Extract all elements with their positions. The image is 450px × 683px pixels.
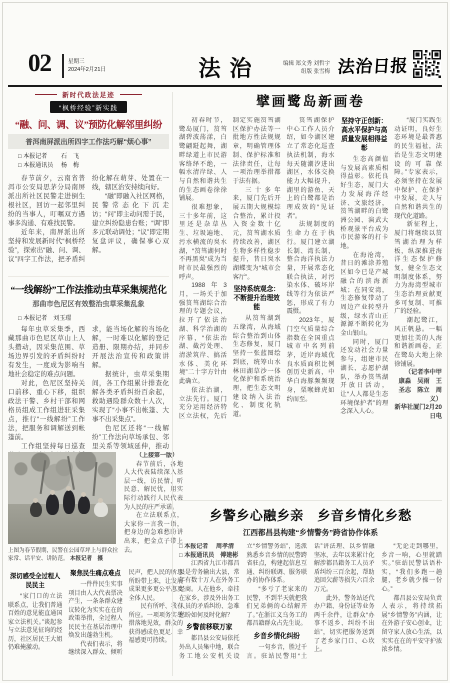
- paragraph: 同时，厦门还发动社会力量参与，组建市民湖长、志愿护湖队，举办筼筜湖开放日活动，让…: [340, 339, 388, 417]
- sub-headline: 深切感受全过程人民民主: [8, 572, 62, 590]
- article4-deck: 江西都昌县构建“乡情警务”跨省协作体系: [179, 527, 442, 538]
- page-number-divider: [62, 54, 64, 78]
- article1-byline-correspondent: □ 本报通讯员 杨 梅: [18, 162, 159, 171]
- paragraph: 江西省九江市都昌县是劳务输出大县，常年有数十万人在外务工经商。人在他乡，牵挂在家…: [179, 560, 240, 620]
- sub-headline: 坚持守正创新：高水平保护与高质量发展相得益彰: [340, 117, 388, 153]
- paragraph: 在立法联系点，大家你一言我一语，把身边的急难愁盼讲出来，把金点子带上去。: [124, 512, 183, 555]
- paragraph: 在海沧湾，昔日的滩涂养殖区如今已是产城融合的滨海新城；在同安湾，生态修复带动了周…: [340, 252, 388, 339]
- article2: “一线解纷”工作法推动虫草采集规范化 那曲市色尼区有效整治虫草采集乱象 □ 本报…: [8, 276, 169, 463]
- dateline: 星期三 2024年2月21日: [68, 58, 106, 74]
- paragraph: 筼筜湖保护中心工作人员介绍，如今湖区建立了常态化巡查执法机制，海水每天随潮汐进出…: [287, 117, 335, 221]
- article4-body: □ 本报记者 周孝清□ 本报通讯员 傅建彬江西省九江市都昌县是劳务输出大县，常年…: [179, 543, 442, 676]
- paragraph: 很难想象，三十多年前，这里还是杂草丛生、垃圾遍地、污水横流的臭水湖，“筼筜湖何时…: [179, 204, 227, 282]
- continuation-side-column: （上接第一版） 春节前后，各地人大代表陆续深入基层一线，访民情、听民意、解民忧，…: [124, 452, 183, 564]
- photo-figure-officer: [78, 496, 90, 514]
- article1-headline: “融、问、调、议”预防化解邻里纠纷: [8, 117, 169, 131]
- paragraph: “家门口的立法联系点，让我们普通百姓的意见能直通国家立法机关。”谈起参与立法意见…: [8, 593, 62, 653]
- kicker-flourish-left: [35, 94, 57, 95]
- article2-headline: “一线解纷”工作法推动虫草采集规范化: [8, 282, 169, 296]
- article4-headline: 乡警乡心融乡亲 乡音乡情化乡愁: [179, 505, 442, 524]
- paragraph: 都昌县公安局负责人表示，将持续拓展“乡情警务”内涵，让在外游子安心创业，让留守家…: [382, 595, 443, 655]
- paragraph: 新征程上，厦门将继续以筼筜湖治理为样板，纵深推进海洋生态保护修复，健全生态文明制…: [394, 221, 442, 317]
- masthead-logo: 法治日报: [337, 51, 409, 77]
- paragraph: 从筼筜湖到五缘湾，从海域综合整治到山体生态修复，厦门坚持一张蓝图绘到底，统筹山水…: [233, 315, 281, 419]
- header-rule: [8, 85, 442, 87]
- paragraph: 新华社厦门2月20日电: [394, 404, 442, 421]
- date: 2024年2月21日: [68, 66, 106, 74]
- article3: 擘画鹭岛新画卷 初春时节，鹭岛厦门，筼筜湖碧波荡漾，白鹭翩跹起舞，湖畔绿道上市民…: [179, 90, 442, 501]
- article3-body: 初春时节，鹭岛厦门，筼筜湖碧波荡漾，白鹭翩跹起舞，湖畔绿道上市民游客络绎不绝，一…: [179, 117, 442, 501]
- photo-figure-officer: [63, 490, 75, 514]
- article1-byline-reporter: □ 本报记者 石 飞: [18, 153, 159, 162]
- paragraph: 潮起鹭江，风正帆悬。一幅更加壮美的人海和谐新画卷，正在鹭岛大地上徐徐铺展。: [394, 317, 442, 369]
- paragraph: “融”即融入社区网格，民警常态化下沉走访；“问”即主动问需于民，建立纠纷隐患台账…: [92, 192, 169, 255]
- weekday: 星期三: [68, 58, 106, 66]
- sub-headline: 聚焦民生痛点难点: [68, 569, 122, 578]
- article1-bylines: □ 本报记者 石 飞 □ 本报通讯员 杨 梅: [18, 153, 159, 171]
- paragraph: 民有所呼、我有所应。一项项务实举措落地见效，群众的获得感成色更足、幸福感更可持续…: [129, 603, 183, 646]
- continuation-body: 深切感受全过程人民民主“家门口的立法联系点，让我们普通百姓的意见能直通国家立法机…: [8, 569, 183, 676]
- article1-series-badge: “枫桥经验”新实践: [50, 101, 127, 113]
- paragraph: 2023年，厦门空气质量综合指数在全国重点城市中名列前茅，近岸海域优良水质面积比…: [287, 317, 335, 404]
- article1-deck: 普洱南屏派出所四字工作法巧解“烦心事”: [8, 134, 169, 149]
- paragraph: 此外，警务站还代办户籍、身份证等业务两千余件，让群众“办事不返乡、纠纷不出站”，…: [314, 595, 375, 655]
- paragraph: 对此，色尼区坚持关口前移、重心下移，组织政法干警、乡村干部和网格员组成工作组进驻…: [8, 379, 85, 442]
- paragraph: “无论走到哪里，乡音一响，心里就踏实。”驻站民警话语朴实，“我们多跑一趟腿，老乡…: [382, 543, 443, 595]
- sub-headline: 乡警前移联万家: [179, 623, 240, 632]
- article2-body: 每年虫草采集季，西藏那曲市色尼区草山上人头攒动，因采集范围、草场边界引发的矛盾纠…: [8, 325, 169, 463]
- kicker-label: 新时代政法足迹: [62, 90, 115, 99]
- staff-box: 编辑 郑文秀 刘哲宇 组版 张雪梅: [283, 60, 330, 76]
- paragraph: 三十多年来，厦门先后开展五期大规模综合整治，累计投入资金数十亿元，筼筜湖水质持续…: [233, 187, 281, 283]
- news-photo: [8, 452, 116, 544]
- article3-headline: 擘画鹭岛新画卷: [179, 90, 442, 110]
- paragraph: 生态高颜值与发展高素质相得益彰。依托良好生态，厦门大力发展海洋经济、文旅经济，筼…: [340, 156, 388, 252]
- paragraph: （记者李中甲 康淼 吴雨 王圣志 陈立 周义）: [394, 369, 442, 404]
- paragraph: “厦门实践生动证明，良好生态环境是最普惠的民生福祉，法治是生态文明建设的可靠保障…: [394, 117, 442, 221]
- article2-deck: 那曲市色尼区有效整治虫草采集乱象: [8, 299, 169, 309]
- article-divider: [179, 500, 442, 501]
- left-column: 新时代政法足迹 “枫桥经验”新实践 “融、问、调、议”预防化解邻里纠纷 普洱南屏…: [8, 90, 169, 463]
- paragraph: 春节前后，各地人大代表陆续深入基层一线，访民情、听民意、解民忧，用实际行动践行人…: [124, 461, 183, 513]
- paragraph: □ 本报通讯员 傅建彬: [179, 552, 240, 561]
- article4: 乡警乡心融乡亲 乡音乡情化乡愁 江西都昌县构建“乡情警务”跨省协作体系 □ 本报…: [179, 505, 442, 676]
- paragraph: 春节前夕，云南省普洱市公安局思茅分局南屏派出所社区民警走进倒生根社区，回访一起邻…: [8, 174, 85, 228]
- article1-kicker: 新时代政法足迹: [8, 90, 169, 99]
- paragraph: 据统计，虫草采集期间，各工作组累计排查化解各类矛盾纠纷百余起，救助遇险群众数十人…: [92, 370, 169, 424]
- sub-headline: 乡音乡情化纠纷: [247, 632, 308, 641]
- staff-layout: 组版 张雪梅: [283, 68, 330, 76]
- sub-headline: 坚持系统观念：不断提升治理效能: [233, 285, 281, 312]
- paragraph: □ 本报记者 周孝清: [179, 543, 240, 552]
- paragraph: 法规制度的生命力在于执行。厦门建立湖长制、湾长制，整合海洋执法力量，开展常态化联…: [287, 221, 335, 317]
- photo-caption: 上图为春节假期，民警在公园草坪上与群众拉家常、话平安、讲防范。 本报记者 摄: [8, 548, 118, 563]
- paragraph: 一件件民生实事项目由人大代表票决产生，一条条群众建议转化为实实在在的政策举措，全…: [68, 581, 122, 641]
- staff-editors: 编辑 郑文秀 刘哲宇: [283, 60, 330, 68]
- kicker-flourish-right: [120, 94, 142, 95]
- paragraph: “多亏了老家来的民警，不到半天就把我们兄弟俩的心结解开了。”在浙江义乌务工的都昌…: [247, 586, 308, 629]
- column-rule: [172, 92, 173, 676]
- photo-figure-civilian: [30, 502, 42, 517]
- photo-figure-civilian: [94, 502, 108, 517]
- paragraph: 每年虫草采集季，西藏那曲市色尼区草山上人头攒动，因采集范围、草场边界引发的矛盾纠…: [8, 325, 85, 379]
- paragraph: 初春时节，鹭岛厦门，筼筜湖碧波荡漾，白鹭翩跹起舞，湖畔绿道上市民游客络绎不绝，一…: [179, 117, 227, 204]
- page-number: 02: [28, 50, 51, 78]
- article2-byline: □ 本报记者 刘玉璟: [18, 313, 159, 322]
- continuation-side-text: 春节前后，各地人大代表陆续深入基层一线，访民情、听民意、解民忧，用实际行动践行人…: [124, 461, 183, 556]
- paragraph: 1988年3月，一场关于加强筼筜湖综合治理的专题会议，拉开了依法治湖、科学治湖的…: [179, 282, 227, 386]
- qr-code-icon: [413, 50, 441, 78]
- photo-credit: 本报记者 摄: [70, 556, 103, 562]
- article1-body: 春节前夕，云南省普洱市公安局思茅分局南屏派出所社区民警走进倒生根社区，回访一起邻…: [8, 174, 169, 268]
- photo-figure-officer: [46, 494, 59, 515]
